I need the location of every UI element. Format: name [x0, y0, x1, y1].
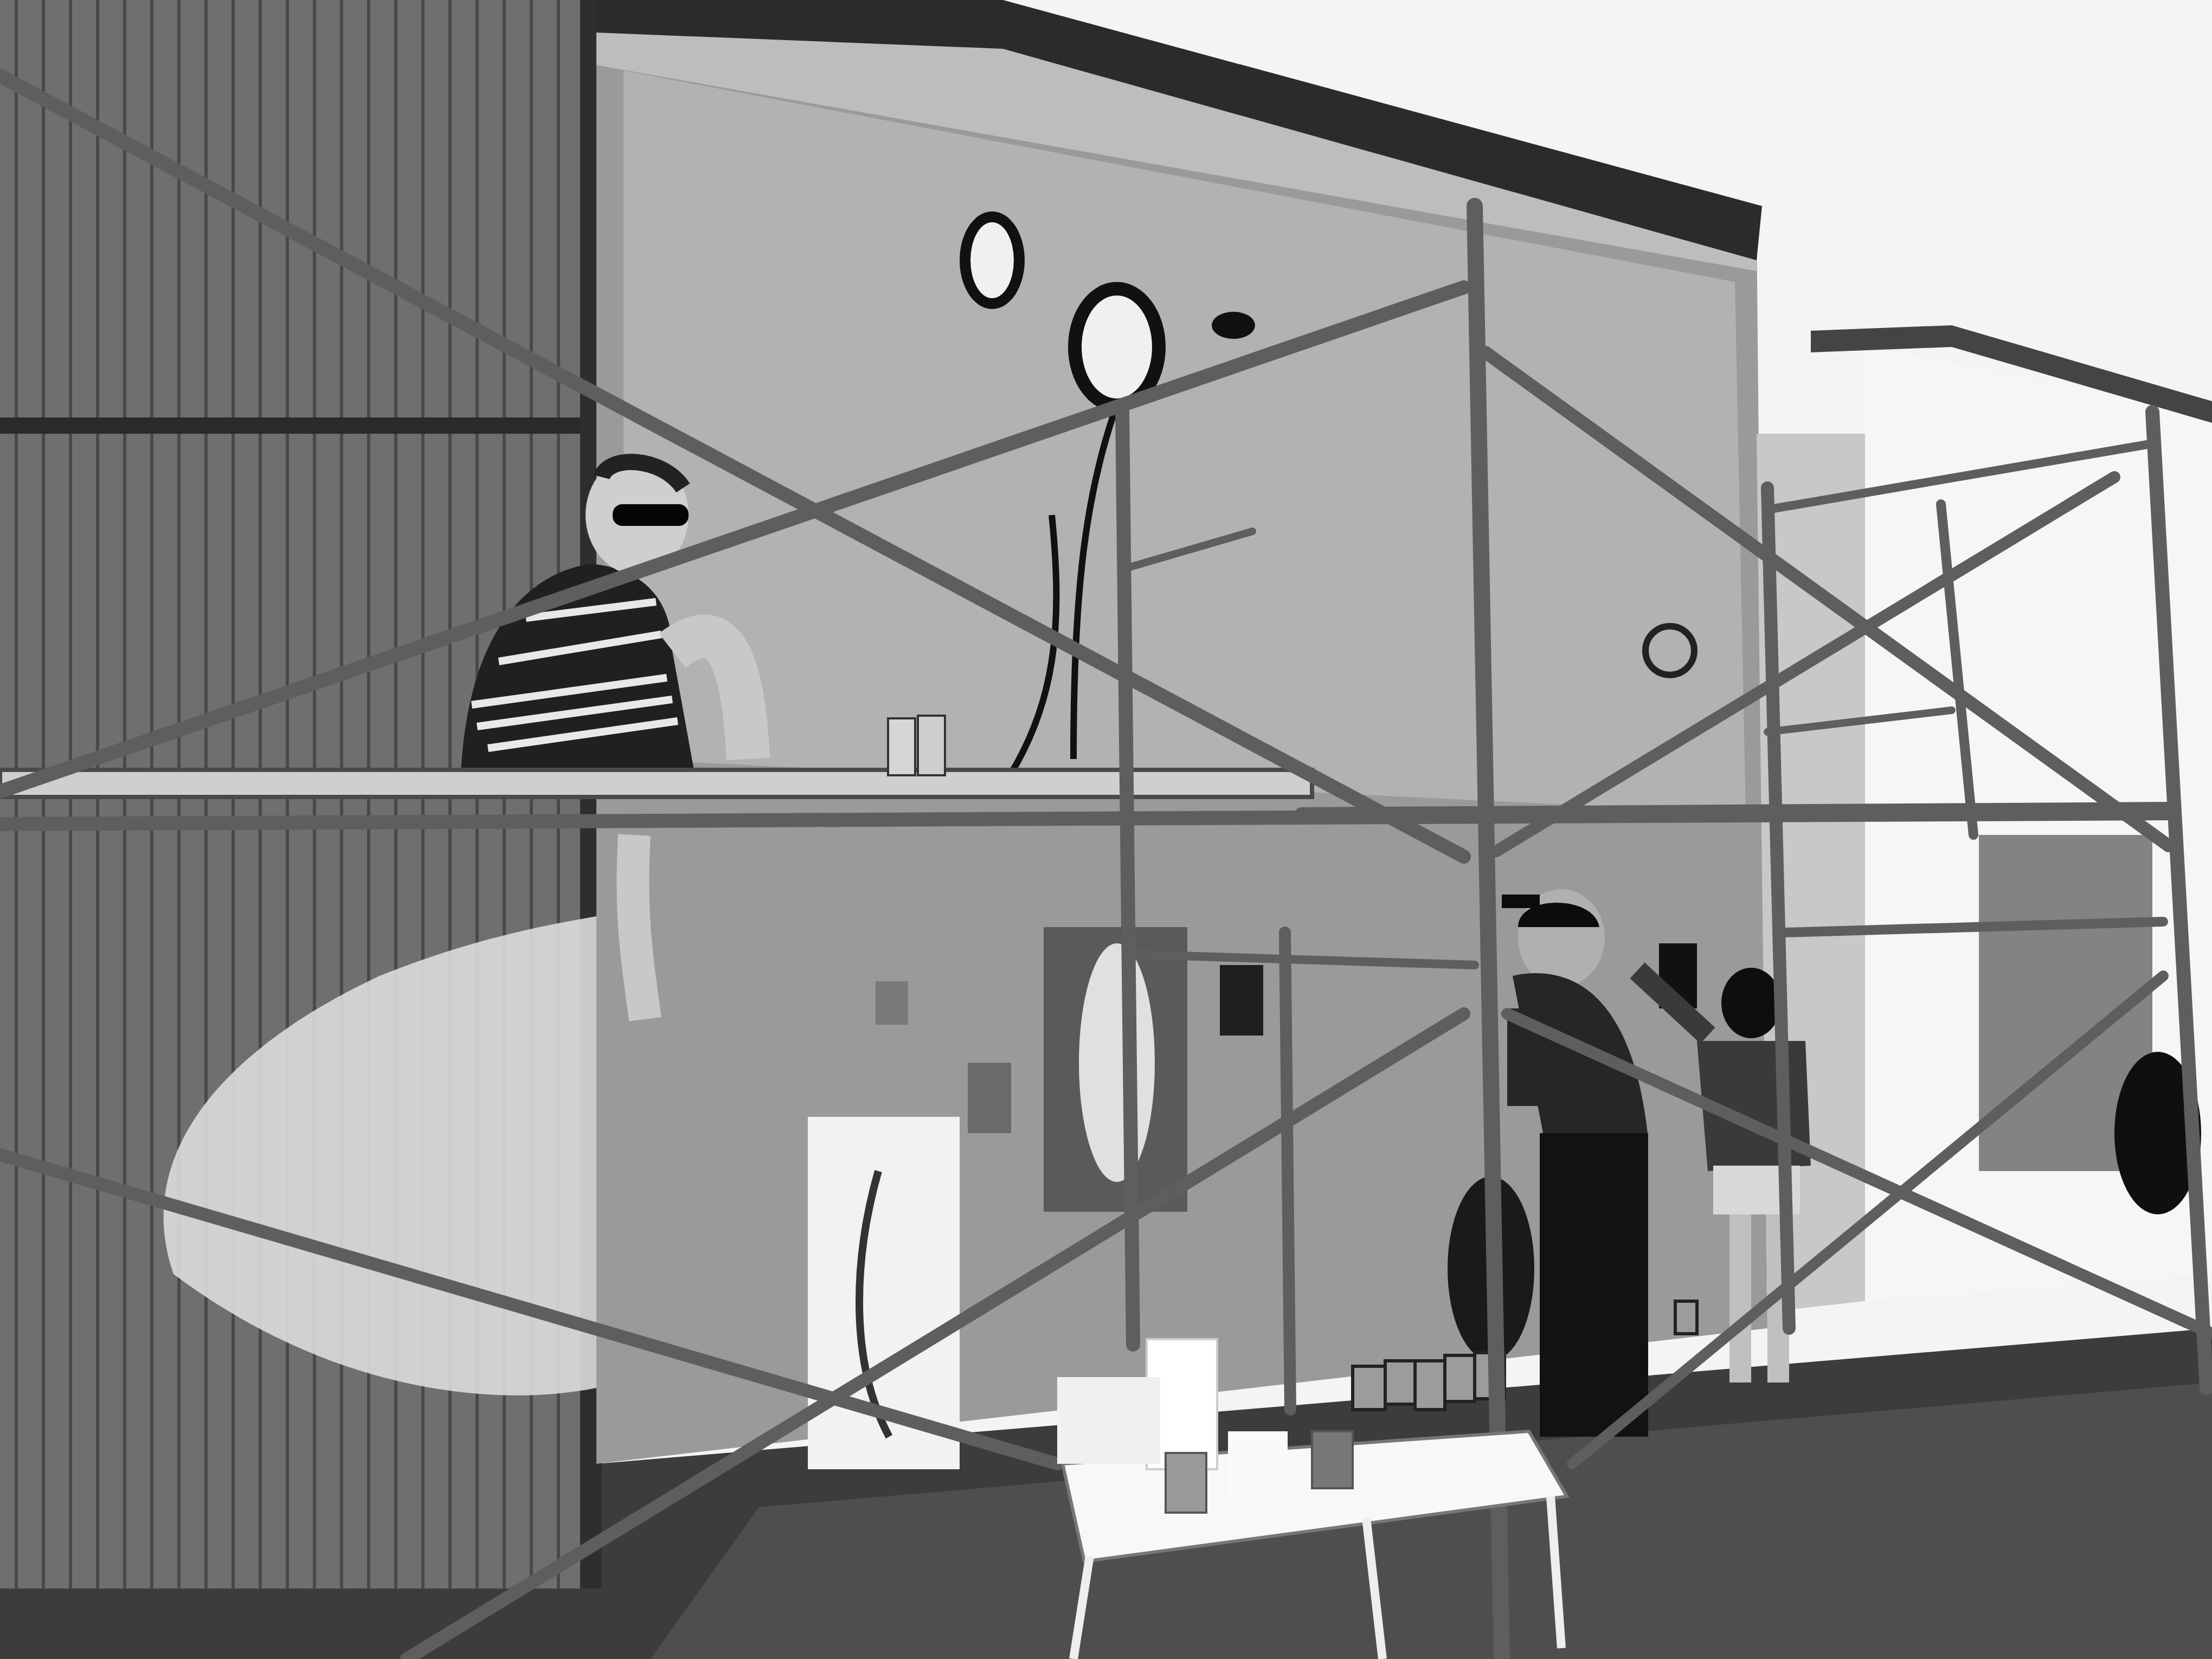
photo-scene	[0, 0, 2212, 1659]
